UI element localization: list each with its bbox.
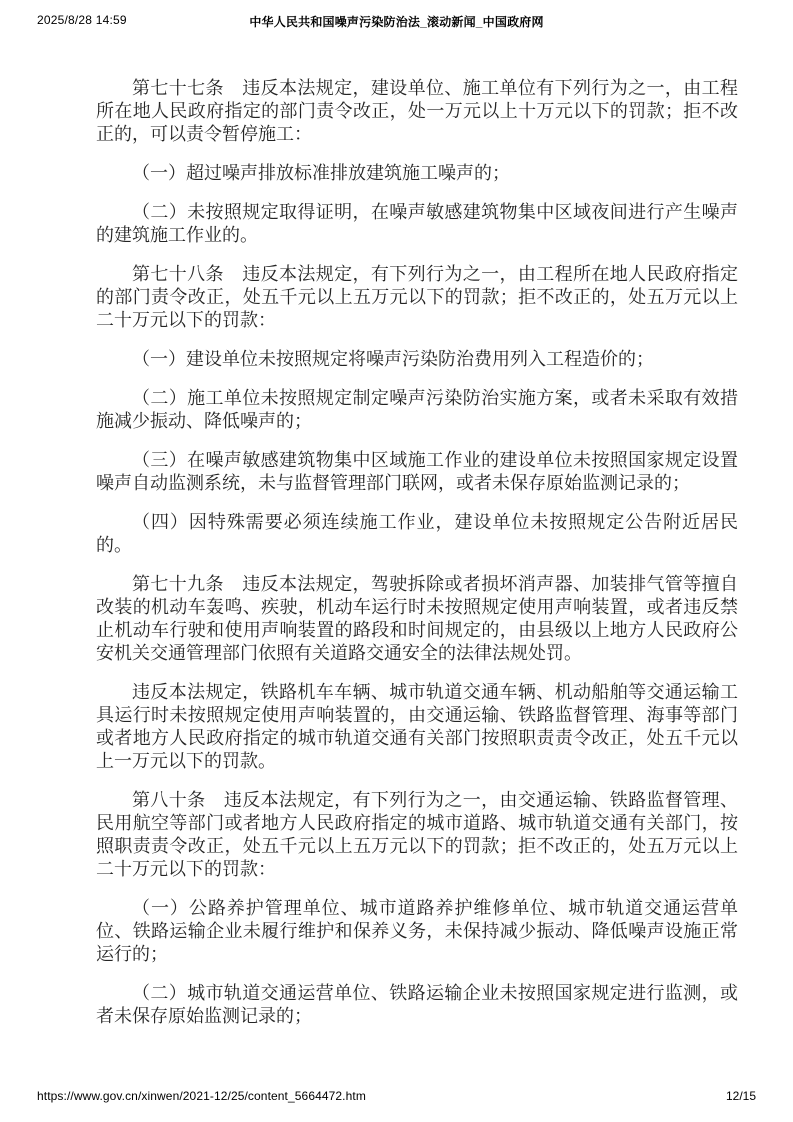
print-preview-page: 2025/8/28 14:59 中华人民共和国噪声污染防治法_滚动新闻_中国政府… — [0, 0, 793, 1122]
print-header: 2025/8/28 14:59 中华人民共和国噪声污染防治法_滚动新闻_中国政府… — [37, 13, 756, 29]
law-paragraph-article-80: 第八十条 违反本法规定，有下列行为之一，由交通运输、铁路监督管理、民用航空等部门… — [96, 789, 738, 881]
law-paragraph-article-79: 第七十九条 违反本法规定，驾驶拆除或者损坏消声器、加装排气管等擅自改装的机动车轰… — [96, 573, 738, 665]
law-paragraph-article-77-item-1: （一）超过噪声排放标准排放建筑施工噪声的； — [96, 162, 738, 185]
law-paragraph-article-78: 第七十八条 违反本法规定，有下列行为之一，由工程所在地人民政府指定的部门责令改正… — [96, 263, 738, 332]
page-number-indicator: 12/15 — [726, 1089, 756, 1103]
law-paragraph-article-79-clause-2: 违反本法规定，铁路机车车辆、城市轨道交通车辆、机动船舶等交通运输工具运行时未按照… — [96, 681, 738, 773]
law-paragraph-article-78-item-4: （四）因特殊需要必须连续施工作业，建设单位未按照规定公告附近居民的。 — [96, 511, 738, 557]
print-footer: https://www.gov.cn/xinwen/2021-12/25/con… — [37, 1089, 756, 1105]
law-paragraph-article-77: 第七十七条 违反本法规定，建设单位、施工单位有下列行为之一，由工程所在地人民政府… — [96, 77, 738, 146]
law-paragraph-article-80-item-1: （一）公路养护管理单位、城市道路养护维修单位、城市轨道交通运营单位、铁路运输企业… — [96, 897, 738, 966]
law-paragraph-article-80-item-2: （二）城市轨道交通运营单位、铁路运输企业未按照国家规定进行监测，或者未保存原始监… — [96, 982, 738, 1028]
law-paragraph-article-77-item-2: （二）未按照规定取得证明，在噪声敏感建筑物集中区域夜间进行产生噪声的建筑施工作业… — [96, 201, 738, 247]
source-url: https://www.gov.cn/xinwen/2021-12/25/con… — [37, 1089, 366, 1103]
law-paragraph-article-78-item-2: （二）施工单位未按照规定制定噪声污染防治实施方案，或者未采取有效措施减少振动、降… — [96, 387, 738, 433]
law-paragraph-article-78-item-1: （一）建设单位未按照规定将噪声污染防治费用列入工程造价的； — [96, 348, 738, 371]
print-datetime: 2025/8/28 14:59 — [37, 13, 127, 27]
law-paragraph-article-78-item-3: （三）在噪声敏感建筑物集中区域施工作业的建设单位未按照国家规定设置噪声自动监测系… — [96, 449, 738, 495]
page-title: 中华人民共和国噪声污染防治法_滚动新闻_中国政府网 — [249, 13, 543, 30]
law-document-body: 第七十七条 违反本法规定，建设单位、施工单位有下列行为之一，由工程所在地人民政府… — [96, 77, 738, 1028]
